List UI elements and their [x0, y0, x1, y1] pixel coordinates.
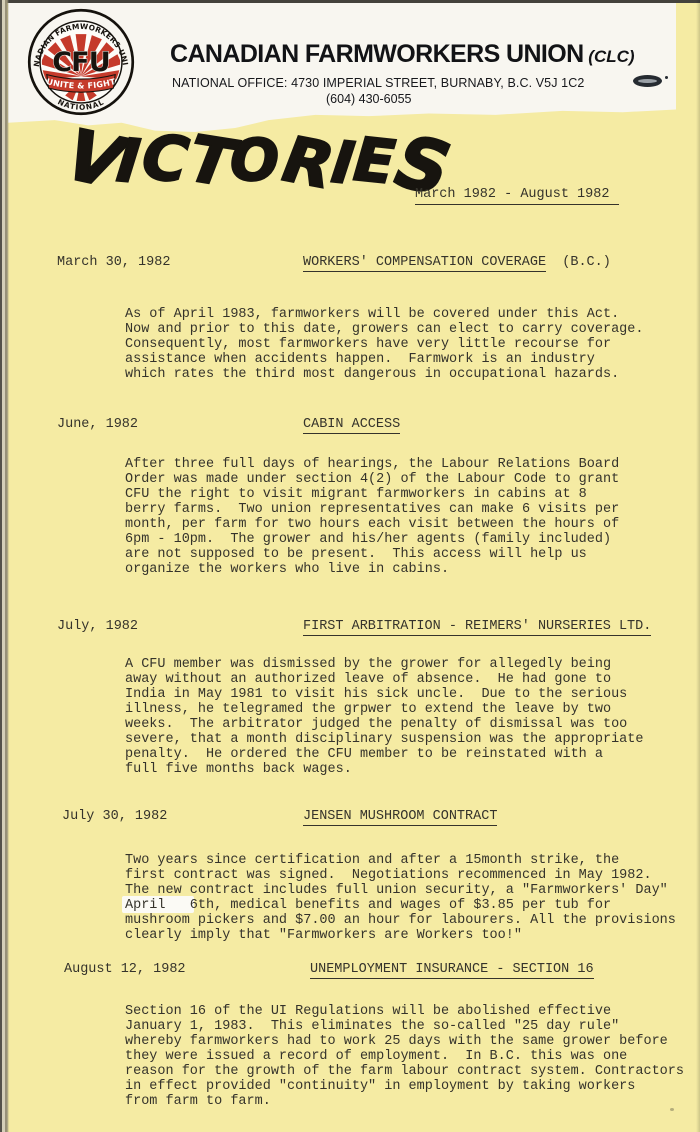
- section-heading-text: FIRST ARBITRATION - REIMERS' NURSERIES L…: [303, 619, 651, 636]
- union-label-icon: [633, 75, 662, 87]
- section-date: August 12, 1982: [64, 962, 186, 977]
- newsletter-page: CANADIAN FARMWORKERS UNION (CLC) NATIONA…: [0, 0, 700, 1132]
- org-address: NATIONAL OFFICE: 4730 IMPERIAL STREET, B…: [172, 76, 584, 90]
- scan-edge-left: [0, 0, 9, 1132]
- section-date: July, 1982: [57, 619, 138, 634]
- section-heading-text: WORKERS' COMPENSATION COVERAGE: [303, 255, 546, 272]
- section-body: As of April 1983, farmworkers will be co…: [125, 307, 700, 382]
- section-heading: CABIN ACCESS: [303, 417, 400, 432]
- victories-title: VICTORIES: [55, 122, 442, 190]
- scan-speck: [670, 1108, 674, 1111]
- masthead-date-range: March 1982 - August 1982: [415, 187, 619, 205]
- cfu-logo-icon: CFU UNITE & FIGHT CANADIAN FARMWORKERS U…: [27, 8, 135, 116]
- section-heading-suffix: (B.C.): [546, 255, 611, 270]
- section-body: Section 16 of the UI Regulations will be…: [125, 1004, 700, 1109]
- section-body: A CFU member was dismissed by the grower…: [125, 657, 700, 777]
- section-body: Two years since certification and after …: [125, 853, 700, 943]
- section-heading: FIRST ARBITRATION - REIMERS' NURSERIES L…: [303, 619, 651, 634]
- section-date: July 30, 1982: [62, 809, 167, 824]
- section-date: June, 1982: [57, 417, 138, 432]
- section-heading: JENSEN MUSHROOM CONTRACT: [303, 809, 497, 824]
- org-title: CANADIAN FARMWORKERS UNION (CLC): [170, 40, 635, 69]
- section-heading-text: JENSEN MUSHROOM CONTRACT: [303, 809, 497, 826]
- section-heading-text: UNEMPLOYMENT INSURANCE - SECTION 16: [310, 962, 594, 979]
- section-body: After three full days of hearings, the L…: [125, 457, 700, 577]
- org-phone: (604) 430-6055: [326, 92, 411, 106]
- section-heading: UNEMPLOYMENT INSURANCE - SECTION 16: [310, 962, 594, 977]
- scan-edge-right: [696, 0, 700, 1132]
- section-heading-text: CABIN ACCESS: [303, 417, 400, 434]
- section-heading: WORKERS' COMPENSATION COVERAGE (B.C.): [303, 255, 611, 270]
- scan-edge-top: [0, 0, 700, 3]
- org-name: CANADIAN FARMWORKERS UNION: [170, 40, 584, 68]
- org-suffix: (CLC): [584, 47, 635, 66]
- logo-cfu-text: CFU: [52, 47, 109, 78]
- section-date: March 30, 1982: [57, 255, 170, 270]
